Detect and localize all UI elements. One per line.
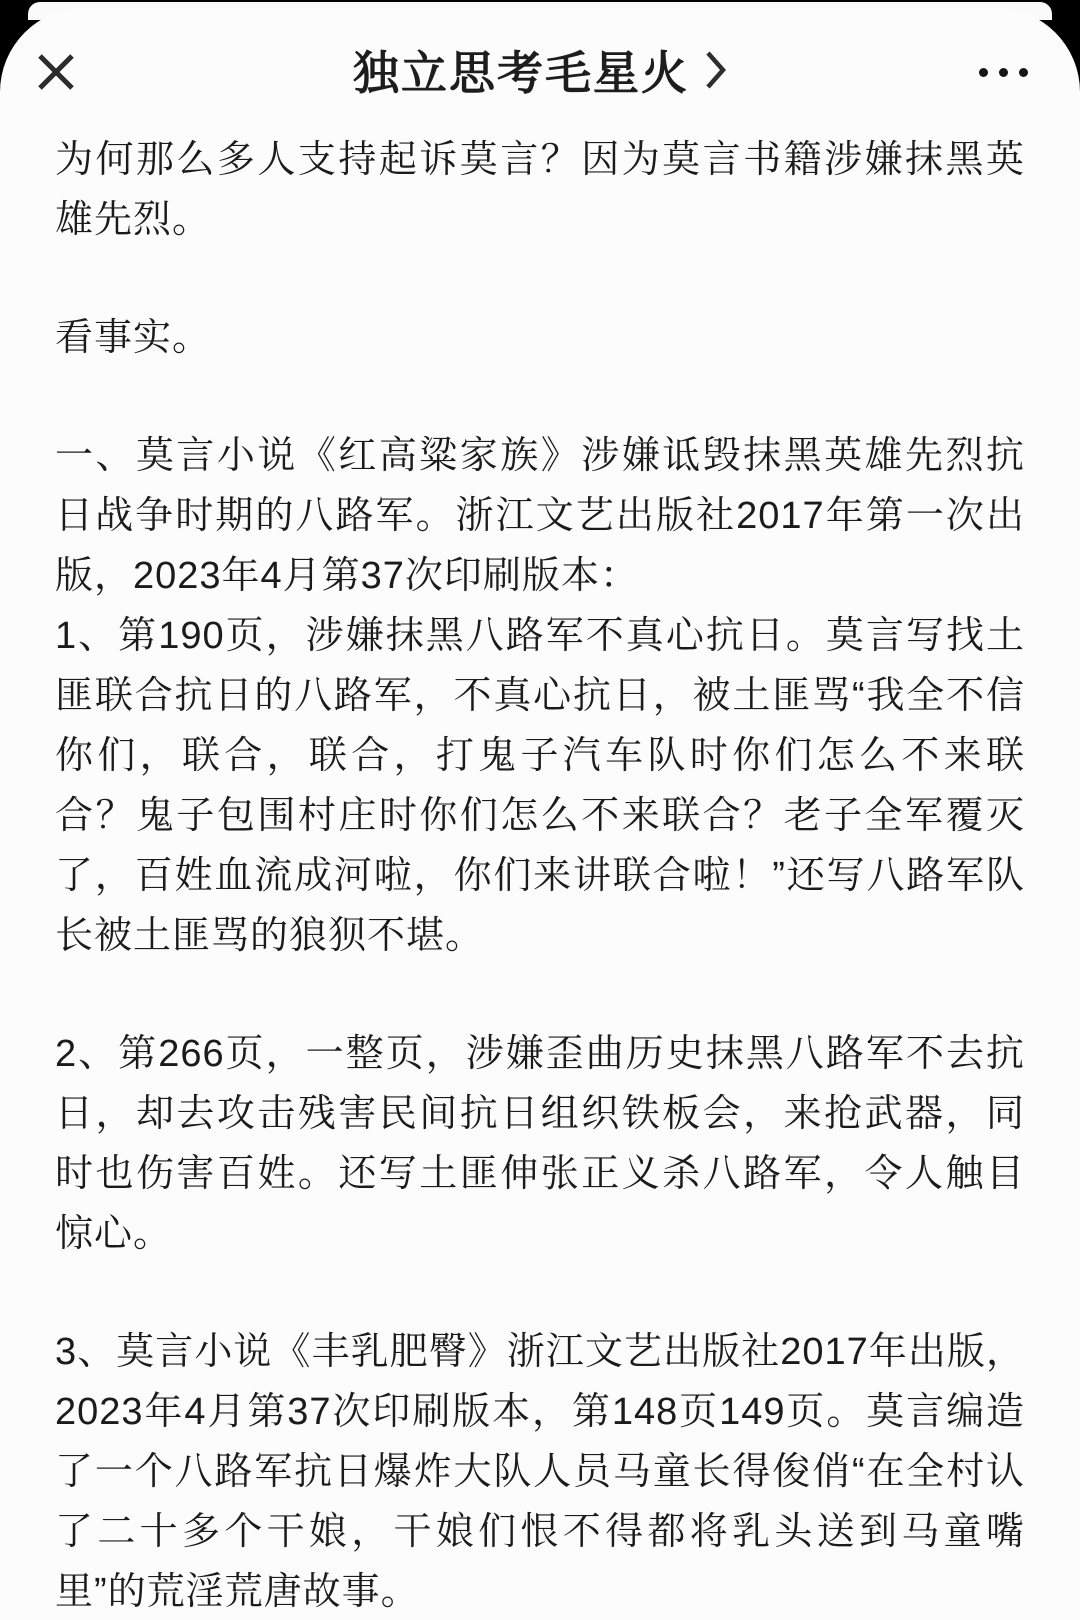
page-title[interactable]: 独立思考毛星火 [353,37,727,103]
paragraph-point-one-heading: 一、莫言小说《红高粱家族》涉嫌诋毁抹黑英雄先烈抗日战争时期的八路军。浙江文艺出版… [55,426,1025,606]
paragraph-point-three: 3、莫言小说《丰乳肥臀》浙江文艺出版社2017年出版，2023年4月第37次印刷… [55,1322,1025,1620]
close-icon [33,49,79,95]
close-button[interactable] [30,46,82,98]
paragraph-point-one-item: 1、第190页，涉嫌抹黑八路军不真心抗日。莫言写找土匪联合抗日的八路军，不真心抗… [55,606,1025,966]
article-modal: 独立思考毛星火 为何那么多人支持起诉莫言？因为莫言书籍涉嫌抹黑英雄先烈。 看事实… [0,8,1080,1620]
paragraph-point-two: 2、第266页，一整页，涉嫌歪曲历史抹黑八路军不去抗日，却去攻击残害民间抗日组织… [55,1024,1025,1264]
more-button[interactable] [979,68,1028,77]
paragraph-look-at-facts: 看事实。 [55,308,1025,368]
paragraph-intro: 为何那么多人支持起诉莫言？因为莫言书籍涉嫌抹黑英雄先烈。 [55,130,1025,250]
more-icon [999,68,1008,77]
title-bar: 独立思考毛星火 [0,8,1080,112]
article-body[interactable]: 为何那么多人支持起诉莫言？因为莫言书籍涉嫌抹黑英雄先烈。 看事实。 一、莫言小说… [0,112,1080,1620]
more-icon [979,68,988,77]
chevron-right-icon [705,49,727,91]
more-icon [1019,68,1028,77]
page-title-label: 独立思考毛星火 [353,37,689,103]
